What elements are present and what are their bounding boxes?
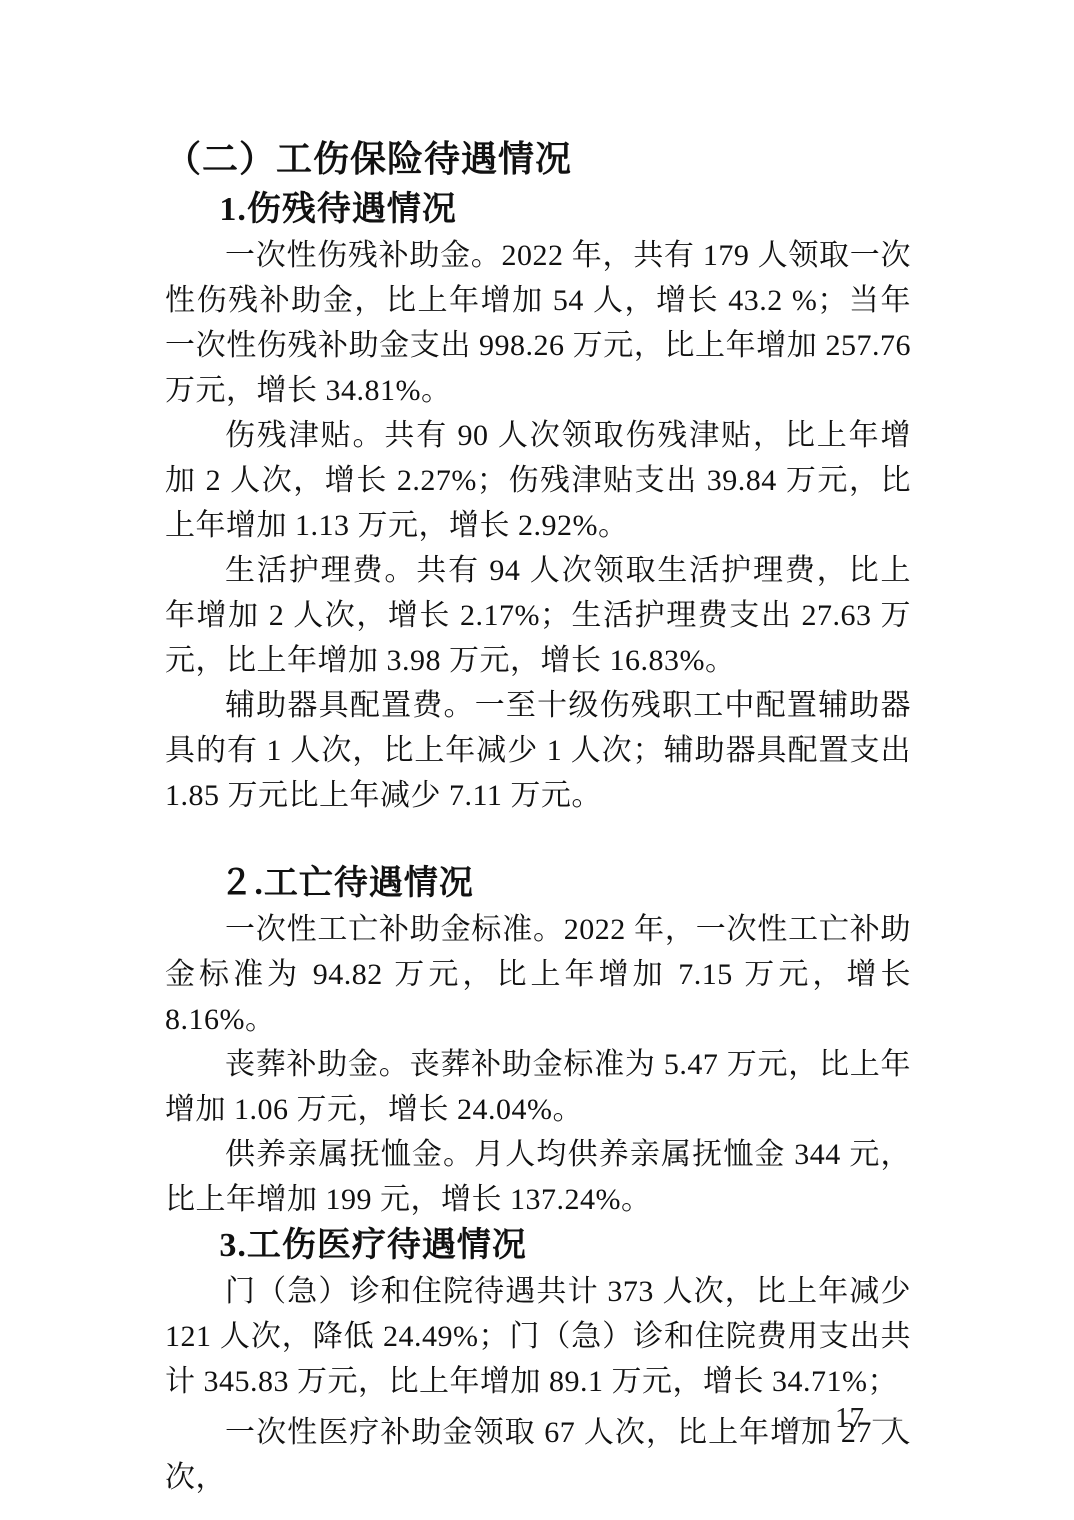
paragraph-funeral-allowance: 丧葬补助金。丧葬补助金标准为 5.47 万元，比上年增加 1.06 万元，增长 … <box>165 1042 911 1132</box>
paragraph-disability-subsidy: 伤残津贴。共有 90 人次领取伤残津贴，比上年增加 2 人次，增长 2.27%；… <box>165 413 911 548</box>
subsection-heading-disability-benefits: 1.伤残待遇情况 <box>165 186 911 233</box>
subsection-heading-medical-benefits: 3.工伤医疗待遇情况 <box>165 1222 911 1269</box>
page-number-value: 17 <box>835 1402 864 1434</box>
paragraph-one-time-disability-allowance: 一次性伤残补助金。2022 年，共有 179 人领取一次性伤残补助金，比上年增加… <box>165 233 911 413</box>
paragraph-assistive-devices-fee: 辅助器具配置费。一至十级伤残职工中配置辅助器具的有 1 人次，比上年减少 1 人… <box>165 683 911 818</box>
paragraph-living-care-fee: 生活护理费。共有 94 人次领取生活护理费，比上年增加 2 人次，增长 2.17… <box>165 548 911 683</box>
page-number-right-dash: — <box>864 1402 911 1434</box>
section-heading: （二）工伤保险待遇情况 <box>165 132 911 186</box>
paragraph-one-time-death-allowance: 一次性工亡补助金标准。2022 年，一次性工亡补助金标准为 94.82 万元，比… <box>165 907 911 1042</box>
page-number: —17— <box>788 1402 911 1435</box>
page-number-left-dash: — <box>788 1402 835 1434</box>
paragraph-dependent-pension: 供养亲属抚恤金。月人均供养亲属抚恤金 344 元，比上年增加 199 元，增长 … <box>165 1132 911 1222</box>
document-page: （二）工伤保险待遇情况 1.伤残待遇情况 一次性伤残补助金。2022 年，共有 … <box>0 0 1074 1520</box>
paragraph-outpatient-inpatient-benefits: 门（急）诊和住院待遇共计 373 人次，比上年减少 121 人次，降低 24.4… <box>165 1269 911 1404</box>
subsection-heading-work-death-benefits: ２.工亡待遇情况 <box>165 860 911 907</box>
